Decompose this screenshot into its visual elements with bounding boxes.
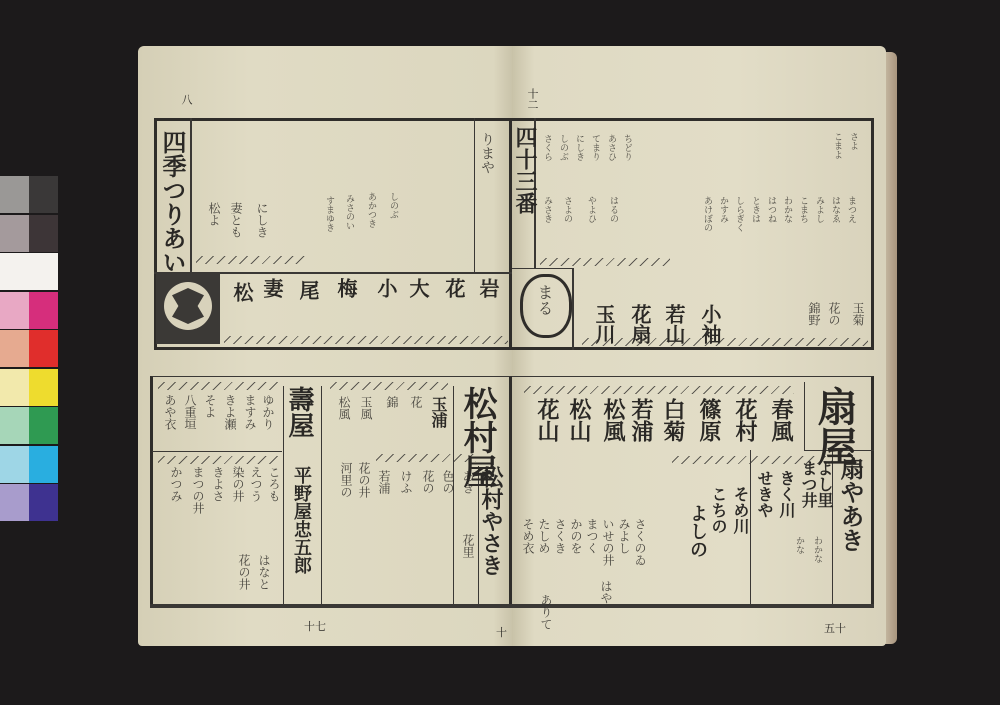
upper-side-title-right: 四十三番 (514, 126, 536, 214)
color-patch (29, 407, 58, 444)
open-book: 八 四季つりあいの りまや 松よ 妻とも にしき すまゆき みさのい あかつき … (138, 46, 900, 648)
color-patch (29, 369, 58, 406)
right-page: 十二 四十三番 まる さくら しのぶ にしき てまり あさひ ちどり みさき さ… (512, 46, 886, 646)
folio-top-right: 十二 (524, 88, 540, 110)
folio-top-left: 八 (178, 94, 194, 105)
crest-text: まる (536, 284, 552, 316)
color-patch (0, 369, 29, 406)
color-patch (29, 176, 58, 213)
color-patch (29, 446, 58, 483)
color-patch (0, 407, 29, 444)
house-name-ogiya: 扇屋 (814, 386, 854, 466)
house-name-kotobukiya: 壽屋 (286, 386, 312, 438)
color-patch (0, 484, 29, 521)
folio-bottom-right: 十 (496, 624, 507, 640)
color-patch (0, 253, 29, 290)
folio-bottom-center: 十七 (304, 618, 326, 634)
family-crest-icon (156, 274, 220, 344)
color-patch (29, 330, 58, 367)
color-patch (29, 215, 58, 252)
color-patch (29, 484, 58, 521)
upper-side-title: 四季つりあいの (160, 130, 184, 298)
owner-name-ogiya: 扇やあき (838, 456, 862, 552)
color-patch (29, 292, 58, 329)
upper-right-label: りまや (480, 132, 494, 174)
folio-bottom: 五十 (824, 620, 846, 636)
color-patch (29, 253, 58, 290)
color-patch (0, 330, 29, 367)
color-patch (0, 292, 29, 329)
color-patch (0, 176, 29, 213)
left-page: 八 四季つりあいの りまや 松よ 妻とも にしき すまゆき みさのい あかつき … (138, 46, 512, 646)
owner-name-right: 松村やさき (480, 466, 502, 576)
owner-name: 平野屋忠五郎 (292, 466, 310, 574)
color-patch (0, 215, 29, 252)
color-patch (0, 446, 29, 483)
